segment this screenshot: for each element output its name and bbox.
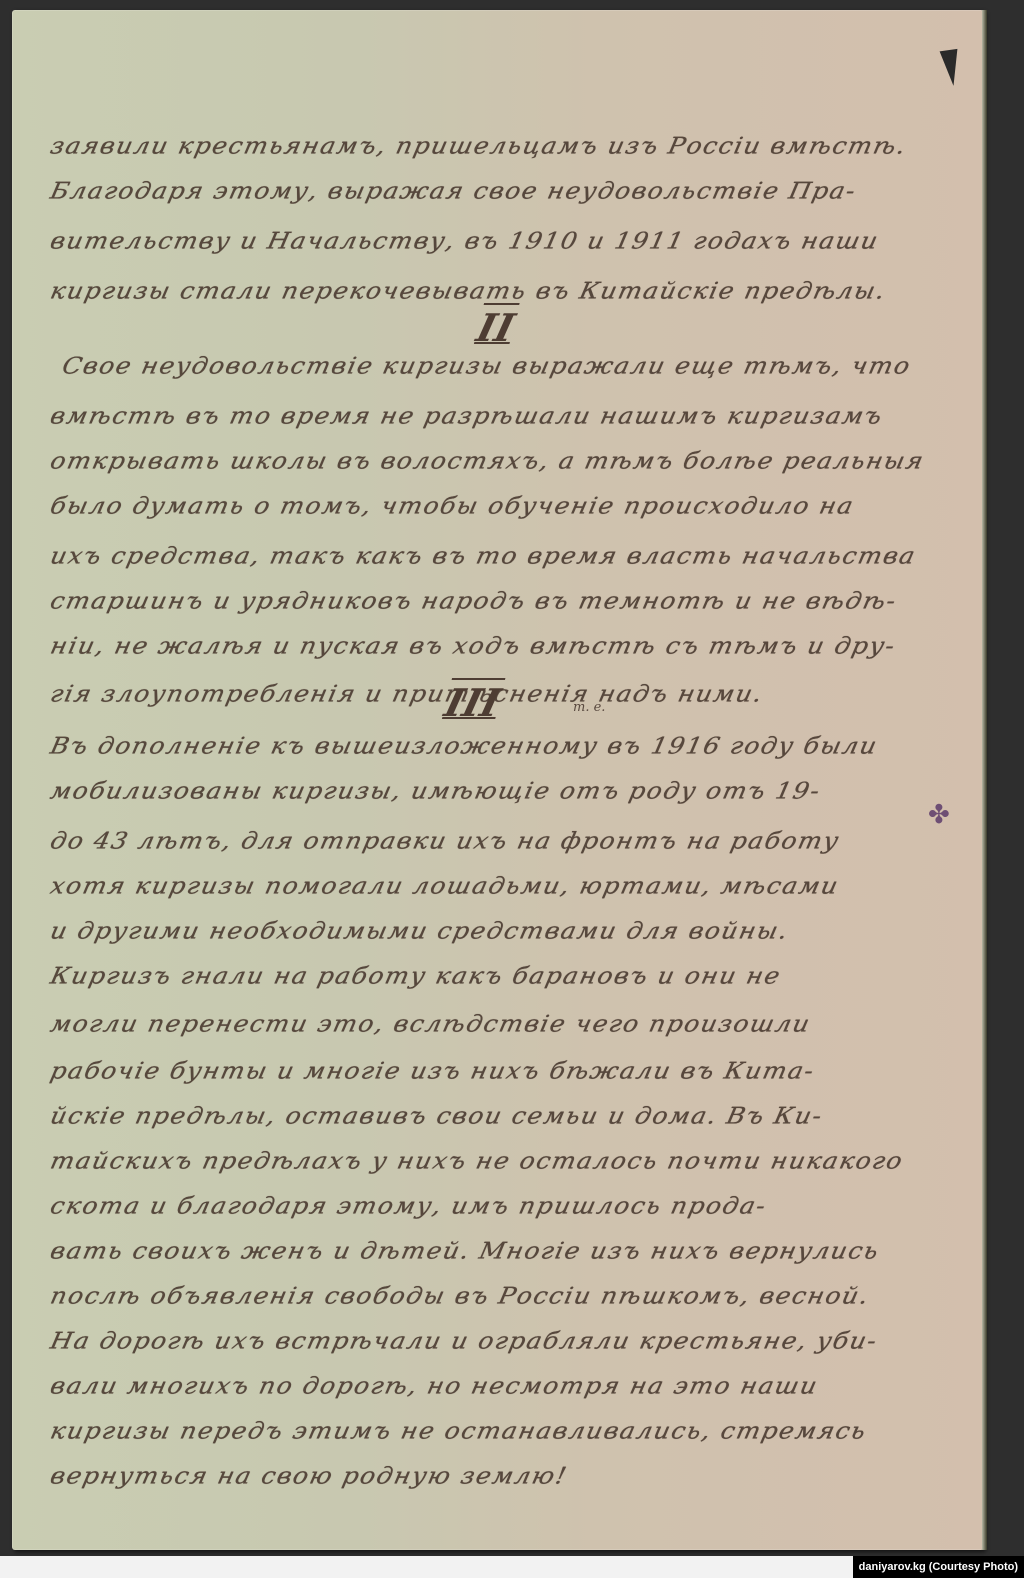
text-line: тайскихъ предѣлахъ у нихъ не осталось по…	[48, 1147, 906, 1174]
text-line: киргизы передъ этимъ не останавливались,…	[48, 1417, 869, 1444]
photo-credit: daniyarov.kg (Courtesy Photo)	[853, 1556, 1024, 1578]
text-line: заявили крестьянамъ, пришельцамъ изъ Рос…	[48, 132, 909, 159]
text-line: рабочiе бунты и многiе изъ нихъ бѣжали в…	[48, 1057, 817, 1084]
text-line: старшинъ и урядниковъ народъ въ темнотѣ …	[48, 587, 900, 614]
text-line: послѣ объявленiя свободы въ Россiи пѣшко…	[48, 1282, 872, 1309]
violet-margin-mark-icon: ✤	[928, 800, 950, 830]
text-line: вернуться на свою родную землю!	[48, 1462, 570, 1489]
text-line: и другими необходимыми средствами для во…	[48, 917, 791, 944]
text-line: было думать о томъ, чтобы обученiе проис…	[48, 492, 857, 519]
text-line: до 43 лѣтъ, для отправки ихъ на фронтъ н…	[48, 827, 842, 854]
corner-ink-mark-icon	[940, 49, 963, 87]
text-line: хотя киргизы помогали лошадьми, юртами, …	[48, 872, 842, 899]
text-line: гiя злоупотребленiя и притѣсненiя надъ н…	[48, 680, 766, 707]
text-line: скота и благодаря этому, имъ пришлось пр…	[48, 1192, 769, 1219]
text-line: Въ дополненiе къ вышеизложенному въ 1916…	[48, 732, 880, 759]
text-line: вать своихъ женъ и дѣтей. Многiе изъ них…	[48, 1237, 882, 1264]
text-line: мобилизованы киргизы, имѣющiе отъ роду о…	[48, 777, 823, 804]
text-line: нiи, не жалѣя и пуская въ ходъ вмѣстѣ съ…	[48, 632, 898, 659]
text-line: киргизы стали перекочевывать въ Китайскi…	[48, 277, 889, 304]
text-line: вительству и Начальству, въ 1910 и 1911 …	[48, 227, 882, 254]
text-line: Благодаря этому, выражая свое неудовольс…	[48, 177, 859, 204]
text-line: открывать школы въ волостяхъ, а тѣмъ бол…	[48, 447, 927, 474]
text-line: ихъ средства, такъ какъ въ то время влас…	[48, 542, 919, 569]
text-line: вали многихъ по дорогѣ, но несмотря на э…	[48, 1372, 821, 1399]
text-line: йскiе предѣлы, оставивъ свои семьи и дом…	[48, 1102, 826, 1129]
margin-note: т. е.	[573, 700, 605, 715]
section-numeral-iii: III	[440, 680, 505, 725]
text-line: вмѣстѣ въ то время не разрѣшали нашимъ к…	[48, 402, 886, 429]
text-line: могли перенести это, вслѣдствiе чего про…	[48, 1010, 813, 1037]
text-line: Свое неудовольствiе киргизы выражали еще…	[60, 352, 914, 379]
text-line: Киргизъ гнали на работу какъ барановъ и …	[48, 962, 784, 989]
text-line: На дорогѣ ихъ встрѣчали и ограбляли крес…	[48, 1327, 880, 1354]
